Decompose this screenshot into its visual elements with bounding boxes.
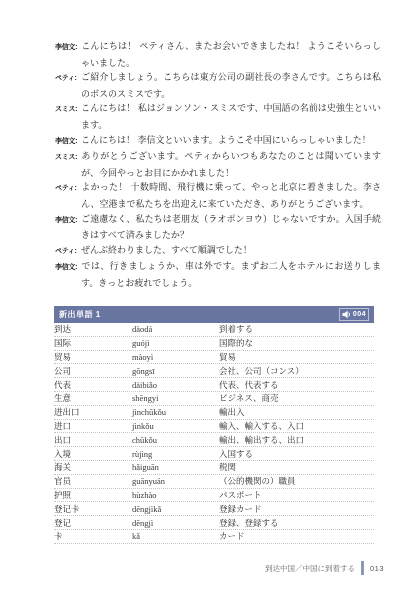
dialogue-text: よかった！ 十数時間、飛行機に乗って、やっと北京に着きました。李さん、空港まで私… <box>81 182 381 209</box>
dialogue-text: こんにちは！ ペティさん、またお会いできましたね！ ようこそいらっしゃいました。 <box>81 41 381 68</box>
vocab-pinyin: dàibiǎo <box>132 380 219 390</box>
vocab-pinyin: gōngsī <box>132 366 219 376</box>
vocab-pinyin: kǎ <box>132 531 219 541</box>
vocab-pinyin: jìnchūkǒu <box>132 407 219 417</box>
vocab-word: 生意 <box>54 392 132 404</box>
dialogue-line: 李信文:では、行きましょうか、車は外です。まずお二人をホテルにお送りします。きっ… <box>55 259 381 290</box>
dialogue-text: こんにちは！ 李信文といいます。ようこそ中国にいらっしゃいました！ <box>81 135 371 145</box>
dialogue-text: ご紹介しましょう。こちらは東方公司の副社長の李さんです。こちらは私のボスのスミス… <box>81 72 381 99</box>
vocab-row: 生意 shēngyi ビジネス、商売 <box>54 392 374 406</box>
vocab-word: 贸易 <box>54 351 132 363</box>
vocab-word: 国际 <box>54 337 132 349</box>
dialogue-text: こんにちは！ 私はジョンソン・スミスです、中国語の名前は史強生といいます。 <box>81 103 381 130</box>
vocab-pinyin: màoyì <box>132 352 219 362</box>
vocab-word: 代表 <box>54 379 132 391</box>
dialogue-text: ぜんぶ終わりました、すべて順調でした！ <box>81 245 252 255</box>
vocab-row: 代表 dàibiǎo 代表、代表する <box>54 378 374 392</box>
dialogue-line: 李信文:こんにちは！ 李信文といいます。ようこそ中国にいらっしゃいました！ <box>55 133 381 150</box>
vocab-row: 入境 rùjìng 入国する <box>54 447 374 461</box>
vocab-row: 进口 jìnkǒu 輸入、輸入する、入口 <box>54 420 374 434</box>
vocab-pinyin: dēngjìkǎ <box>132 504 219 514</box>
audio-track-number: 004 <box>353 311 366 318</box>
vocab-meaning: ビジネス、商売 <box>219 392 374 404</box>
vocab-pinyin: hùzhào <box>132 490 219 500</box>
vocab-table: 到达 dàodá 到着する 国际 guójì 国際的な 贸易 màoyì 貿易 … <box>54 323 374 544</box>
vocab-meaning: 国際的な <box>219 337 374 349</box>
vocab-row: 海关 hǎiguān 税関 <box>54 461 374 475</box>
vocab-pinyin: dàodá <box>132 324 219 334</box>
vocab-meaning: カード <box>219 530 374 542</box>
vocab-header: 新出単語 1 004 <box>54 306 374 323</box>
dialogue-line: ペティ:よかった！ 十数時間、飛行機に乗って、やっと北京に着きました。李さん、空… <box>55 180 381 211</box>
vocab-meaning: 到着する <box>219 323 374 335</box>
dialogue-speaker: ペティ: <box>55 245 81 260</box>
vocab-word: 卡 <box>54 530 132 542</box>
vocab-meaning: 貿易 <box>219 351 374 363</box>
audio-track-badge: 004 <box>339 308 369 321</box>
chapter-title: 到达中国／中国に到着する <box>265 563 355 574</box>
vocab-meaning: 会社、公司（コンス） <box>219 365 374 377</box>
dialogue-line: スミス:こんにちは！ 私はジョンソン・スミスです、中国語の名前は史強生といいます… <box>55 101 381 132</box>
dialogue-speaker: 李信文: <box>55 214 81 229</box>
dialogue-speaker: ペティ: <box>55 182 81 197</box>
vocab-row: 公司 gōngsī 会社、公司（コンス） <box>54 364 374 378</box>
vocab-meaning: 輸出、輸出する、出口 <box>219 434 374 446</box>
dialogue-line: 李信文:こんにちは！ ペティさん、またお会いできましたね！ ようこそいらっしゃい… <box>55 39 381 70</box>
vocab-row: 出口 chūkǒu 輸出、輸出する、出口 <box>54 433 374 447</box>
vocab-pinyin: shēngyi <box>132 393 219 403</box>
vocab-pinyin: guānyuán <box>132 476 219 486</box>
vocab-meaning: 登録カード <box>219 503 374 515</box>
speaker-icon <box>342 310 351 319</box>
textbook-page: 李信文:こんにちは！ ペティさん、またお会いできましたね！ ようこそいらっしゃい… <box>0 0 420 596</box>
footer-divider <box>361 561 364 575</box>
page-number: 013 <box>370 564 384 573</box>
vocab-row: 护照 hùzhào パスポート <box>54 489 374 503</box>
vocab-meaning: 税関 <box>219 461 374 473</box>
dialogue-text: ありがとうございます。ペティからいつもあなたのことは聞いていますが、今回やっとお… <box>81 151 381 178</box>
vocab-meaning: パスポート <box>219 489 374 501</box>
vocab-row: 到达 dàodá 到着する <box>54 323 374 337</box>
vocab-meaning: （公的機関の）職員 <box>219 475 374 487</box>
vocab-meaning: 輸入、輸入する、入口 <box>219 420 374 432</box>
vocab-word: 公司 <box>54 365 132 377</box>
vocab-word: 进口 <box>54 420 132 432</box>
dialogue-speaker: 李信文: <box>55 41 81 56</box>
dialogue-speaker: スミス: <box>55 151 81 166</box>
dialogue-speaker: 李信文: <box>55 261 81 276</box>
vocab-pinyin: jìnkǒu <box>132 421 219 431</box>
vocab-meaning: 入国する <box>219 448 374 460</box>
vocab-word: 登记 <box>54 517 132 529</box>
vocab-meaning: 代表、代表する <box>219 379 374 391</box>
vocab-meaning: 登録、登録する <box>219 517 374 529</box>
dialogue-line: スミス:ありがとうございます。ペティからいつもあなたのことは聞いていますが、今回… <box>55 149 381 180</box>
vocab-row: 国际 guójì 国際的な <box>54 337 374 351</box>
dialogue-speaker: スミス: <box>55 103 81 118</box>
dialogue-section: 李信文:こんにちは！ ペティさん、またお会いできましたね！ ようこそいらっしゃい… <box>55 39 381 291</box>
dialogue-line: 李信文:ご遠慮なく、私たちは老朋友（ラオポンヨウ）じゃないですか。入国手続きはす… <box>55 212 381 243</box>
vocab-word: 到达 <box>54 323 132 335</box>
vocab-section: 新出単語 1 004 到达 dàodá 到着する 国际 guójì 国際的な 贸… <box>54 306 374 544</box>
vocab-word: 出口 <box>54 434 132 446</box>
vocab-word: 进出口 <box>54 406 132 418</box>
dialogue-line: ペティ:ご紹介しましょう。こちらは東方公司の副社長の李さんです。こちらは私のボス… <box>55 70 381 101</box>
vocab-meaning: 輸出入 <box>219 406 374 418</box>
vocab-title: 新出単語 1 <box>59 309 101 320</box>
vocab-row: 贸易 màoyì 貿易 <box>54 351 374 365</box>
vocab-row: 登记 dēngjì 登録、登録する <box>54 516 374 530</box>
vocab-pinyin: rùjìng <box>132 449 219 459</box>
vocab-row: 卡 kǎ カード <box>54 530 374 544</box>
page-footer: 到达中国／中国に到着する 013 <box>54 561 384 575</box>
vocab-pinyin: dēngjì <box>132 518 219 528</box>
vocab-row: 进出口 jìnchūkǒu 輸出入 <box>54 406 374 420</box>
vocab-pinyin: chūkǒu <box>132 435 219 445</box>
dialogue-speaker: ペティ: <box>55 72 81 87</box>
dialogue-text: では、行きましょうか、車は外です。まずお二人をホテルにお送りします。きっとお疲れ… <box>81 261 381 288</box>
dialogue-line: ペティ:ぜんぶ終わりました、すべて順調でした！ <box>55 243 381 260</box>
dialogue-speaker: 李信文: <box>55 135 81 150</box>
vocab-row: 登记卡 dēngjìkǎ 登録カード <box>54 502 374 516</box>
vocab-word: 入境 <box>54 448 132 460</box>
vocab-word: 海关 <box>54 461 132 473</box>
dialogue-text: ご遠慮なく、私たちは老朋友（ラオポンヨウ）じゃないですか。入国手続きはすべて済み… <box>81 214 381 241</box>
vocab-word: 官员 <box>54 475 132 487</box>
vocab-pinyin: guójì <box>132 338 219 348</box>
vocab-word: 护照 <box>54 489 132 501</box>
vocab-pinyin: hǎiguān <box>132 462 219 472</box>
vocab-row: 官员 guānyuán （公的機関の）職員 <box>54 475 374 489</box>
vocab-word: 登记卡 <box>54 503 132 515</box>
